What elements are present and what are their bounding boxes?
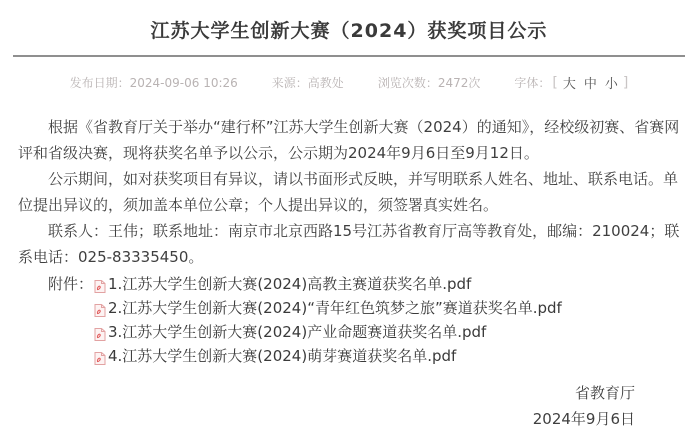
title-divider (13, 55, 685, 57)
source-group: 来源： 高教处 (272, 74, 344, 91)
attachment-link-1[interactable]: 1.江苏大学生创新大赛(2024)高教主赛道获奖名单.pdf (108, 272, 471, 296)
font-size-small-button[interactable]: 小 (602, 73, 621, 92)
pdf-icon (93, 301, 107, 316)
source-label: 来源： (272, 74, 308, 91)
font-size-bracket-left: [ (552, 75, 557, 91)
attachment-row: 2.江苏大学生创新大赛(2024)“青年红色筑梦之旅”赛道获奖名单.pdf (18, 296, 680, 320)
font-size-bracket-right: ] (623, 75, 628, 91)
pdf-icon (93, 325, 107, 340)
paragraph-objection: 公示期间，如对获奖项目有异议，请以书面形式反映，并写明联系人姓名、地址、联系电话… (18, 166, 680, 218)
publish-date-group: 发布日期： 2024-09-06 10:26 (70, 74, 238, 91)
signature-org: 省教育厅 (13, 380, 635, 406)
signature-block: 省教育厅 2024年9月6日 (13, 380, 685, 432)
attachments-label: 附件： (48, 272, 93, 296)
attachment-link-3[interactable]: 3.江苏大学生创新大赛(2024)产业命题赛道获奖名单.pdf (108, 320, 486, 344)
signature-date: 2024年9月6日 (13, 406, 635, 432)
announcement-body: 根据《省教育厅关于举办“建行杯”江苏大学生创新大赛（2024）的通知》，经校级初… (13, 114, 685, 368)
pdf-icon (93, 277, 107, 292)
font-size-large-button[interactable]: 大 (560, 73, 579, 92)
paragraph-intro: 根据《省教育厅关于举办“建行杯”江苏大学生创新大赛（2024）的通知》，经校级初… (18, 114, 680, 166)
page-title: 江苏大学生创新大赛（2024）获奖项目公示 (13, 0, 685, 43)
paragraph-contact: 联系人：王伟；联系地址：南京市北京西路15号江苏省教育厅高等教育处，邮编：210… (18, 218, 680, 270)
attachment-link-4[interactable]: 4.江苏大学生创新大赛(2024)萌芽赛道获奖名单.pdf (108, 344, 456, 368)
font-size-label: 字体： (514, 74, 550, 91)
publish-date-value: 2024-09-06 10:26 (130, 76, 238, 90)
views-value: 2472次 (438, 74, 481, 91)
font-size-controls: 字体： [ 大 中 小 ] (514, 73, 628, 92)
views-label: 浏览次数： (378, 74, 438, 91)
font-size-medium-button[interactable]: 中 (581, 73, 600, 92)
attachment-link-2[interactable]: 2.江苏大学生创新大赛(2024)“青年红色筑梦之旅”赛道获奖名单.pdf (108, 296, 562, 320)
meta-bar: 发布日期： 2024-09-06 10:26 来源： 高教处 浏览次数： 247… (13, 73, 685, 92)
publish-date-label: 发布日期： (70, 74, 130, 91)
attachment-row: 3.江苏大学生创新大赛(2024)产业命题赛道获奖名单.pdf (18, 320, 680, 344)
views-group: 浏览次数： 2472次 (378, 74, 481, 91)
attachment-row: 附件： 1.江苏大学生创新大赛(2024)高教主赛道获奖名单.pdf (18, 272, 680, 296)
announcement-page: 江苏大学生创新大赛（2024）获奖项目公示 发布日期： 2024-09-06 1… (0, 0, 698, 432)
attachment-list: 附件： 1.江苏大学生创新大赛(2024)高教主赛道获奖名单.pdf 2.江苏大… (18, 272, 680, 368)
attachment-row: 4.江苏大学生创新大赛(2024)萌芽赛道获奖名单.pdf (18, 344, 680, 368)
pdf-icon (93, 349, 107, 364)
source-value: 高教处 (308, 74, 344, 91)
